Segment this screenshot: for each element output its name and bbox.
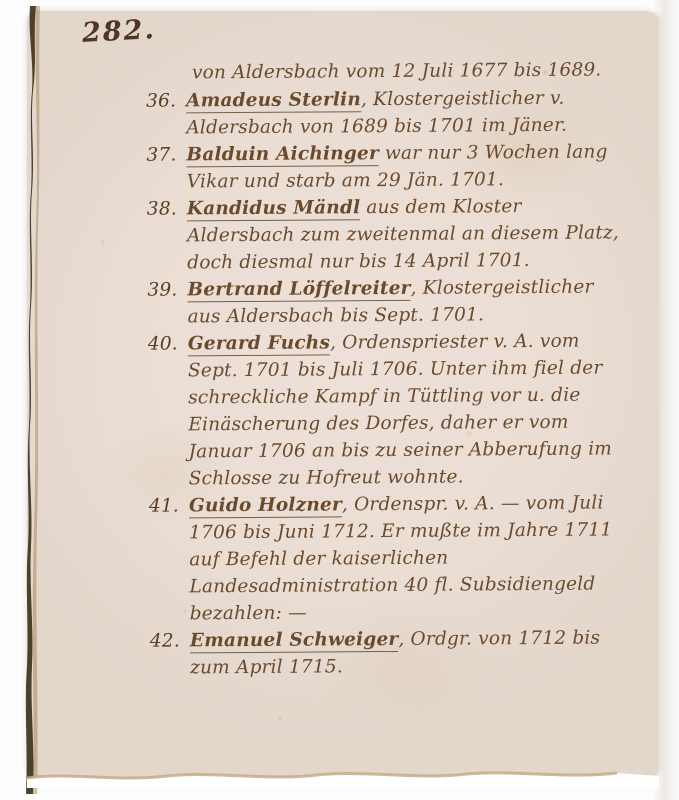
entry-42: 42. Emanuel Schweiger, Ordgr. von 1712 b… [150, 624, 632, 681]
entry-text: Emanuel Schweiger, Ordgr. von 1712 bis z… [190, 624, 632, 681]
entry-number: 42. [150, 627, 190, 654]
entry-38: 38. Kandidus Mändl aus dem Kloster Alder… [147, 192, 630, 276]
entry-name: Gerard Fuchs [188, 332, 330, 356]
entry-37: 37. Balduin Aichinger war nur 3 Wochen l… [146, 138, 628, 195]
entry-number: 39. [147, 276, 187, 303]
entry-number: 37. [146, 141, 186, 168]
continuation-line: von Aldersbach vom 12 Juli 1677 bis 1689… [192, 56, 628, 86]
page-number: 282. [81, 14, 156, 49]
torn-left-edge [20, 6, 46, 794]
deckled-bottom-edge [27, 764, 659, 788]
manuscript-text: von Aldersbach vom 12 Juli 1677 bis 1689… [146, 56, 632, 681]
entry-text: Balduin Aichinger war nur 3 Wochen lang … [186, 138, 628, 195]
entry-text: Amadeus Sterlin, Klostergeistlicher v. A… [186, 84, 628, 141]
entry-name: Bertrand Löffelreiter [187, 278, 410, 303]
entry-name: Balduin Aichinger [186, 143, 379, 167]
entry-name: Guido Holzner [189, 494, 342, 518]
entry-text: Guido Holzner, Ordenspr. v. A. — vom Jul… [189, 489, 632, 627]
entry-number: 36. [146, 87, 186, 114]
entry-text: Bertrand Löffelreiter, Klostergeistliche… [187, 273, 629, 330]
entry-text: Gerard Fuchs, Ordenspriester v. A. vom S… [188, 327, 631, 492]
entry-number: 38. [147, 195, 187, 222]
entry-number: 41. [149, 492, 189, 519]
manuscript-scan: 282. von Aldersbach vom 12 Juli 1677 bis… [0, 0, 679, 800]
entry-name: Amadeus Sterlin [186, 89, 361, 113]
entry-39: 39. Bertrand Löffelreiter, Klostergeistl… [147, 273, 629, 330]
entry-41: 41. Guido Holzner, Ordenspr. v. A. — vom… [149, 489, 632, 627]
entry-36: 36. Amadeus Sterlin, Klostergeistlicher … [146, 84, 628, 141]
entry-number: 40. [148, 330, 188, 357]
entry-text: Kandidus Mändl aus dem Kloster Aldersbac… [187, 192, 630, 276]
entry-40: 40. Gerard Fuchs, Ordenspriester v. A. v… [148, 327, 631, 492]
entry-name: Kandidus Mändl [187, 197, 361, 221]
entry-name: Emanuel Schweiger [190, 629, 399, 653]
